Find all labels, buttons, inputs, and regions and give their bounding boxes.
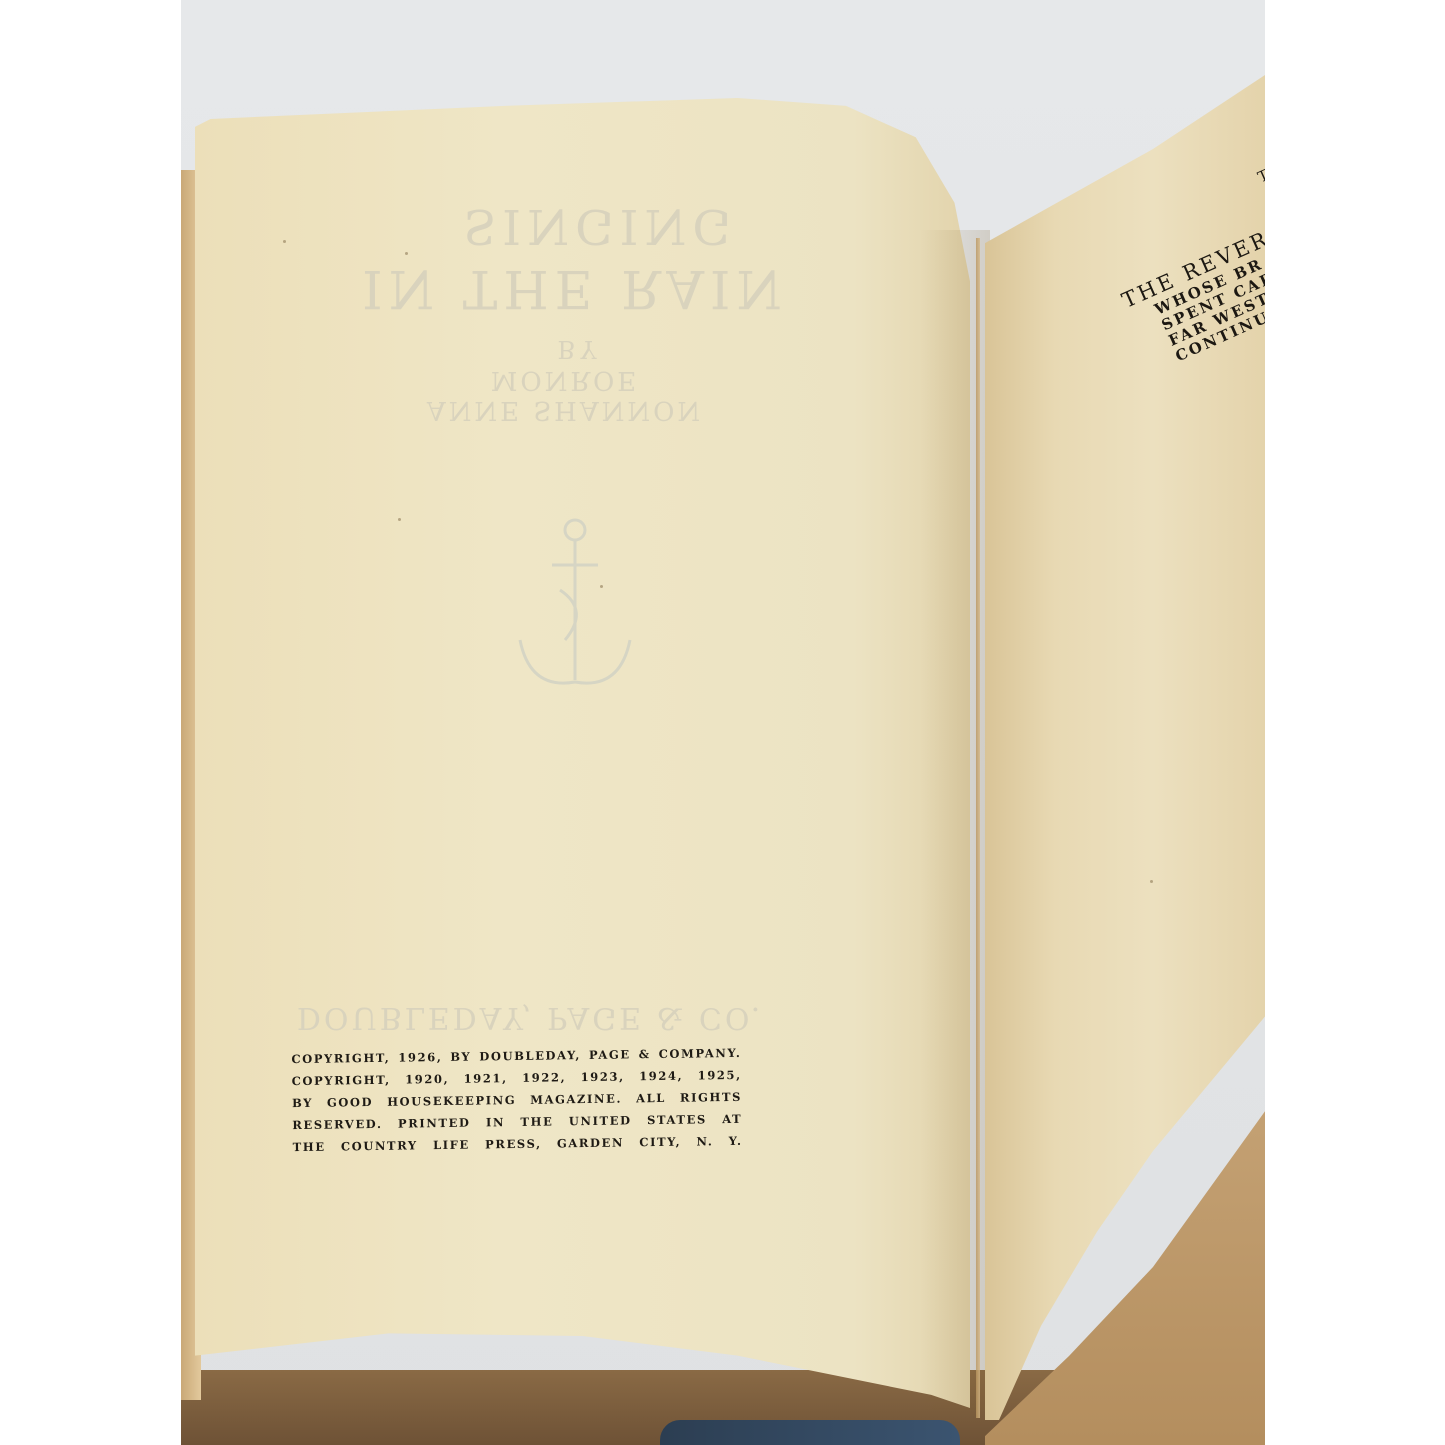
book-gutter: [976, 238, 980, 1418]
paper-speck: [398, 518, 401, 521]
book-photo: SINGING IN THE RAIN BY ANNE SHANNON MONR…: [0, 0, 1445, 1445]
anchor-icon: [510, 510, 640, 700]
paper-speck: [405, 252, 408, 255]
white-margin-left: [0, 0, 181, 1445]
paper-speck: [283, 240, 286, 243]
show-through-title-2: IN THE RAIN: [360, 258, 790, 318]
white-margin-right: [1265, 0, 1445, 1445]
blue-cover-edge: [660, 1420, 960, 1445]
show-through-author: ANNE SHANNON MONROE: [350, 365, 780, 425]
show-through-title-1: SINGING: [440, 198, 760, 254]
paper-speck: [1150, 880, 1153, 883]
copyright-notice: COPYRIGHT, 1926, BY DOUBLEDAY, PAGE & CO…: [291, 1042, 742, 1158]
paper-speck: [600, 585, 603, 588]
show-through-publisher: DOUBLEDAY, PAGE & CO.: [280, 1000, 780, 1035]
show-through-by: BY: [540, 335, 620, 363]
